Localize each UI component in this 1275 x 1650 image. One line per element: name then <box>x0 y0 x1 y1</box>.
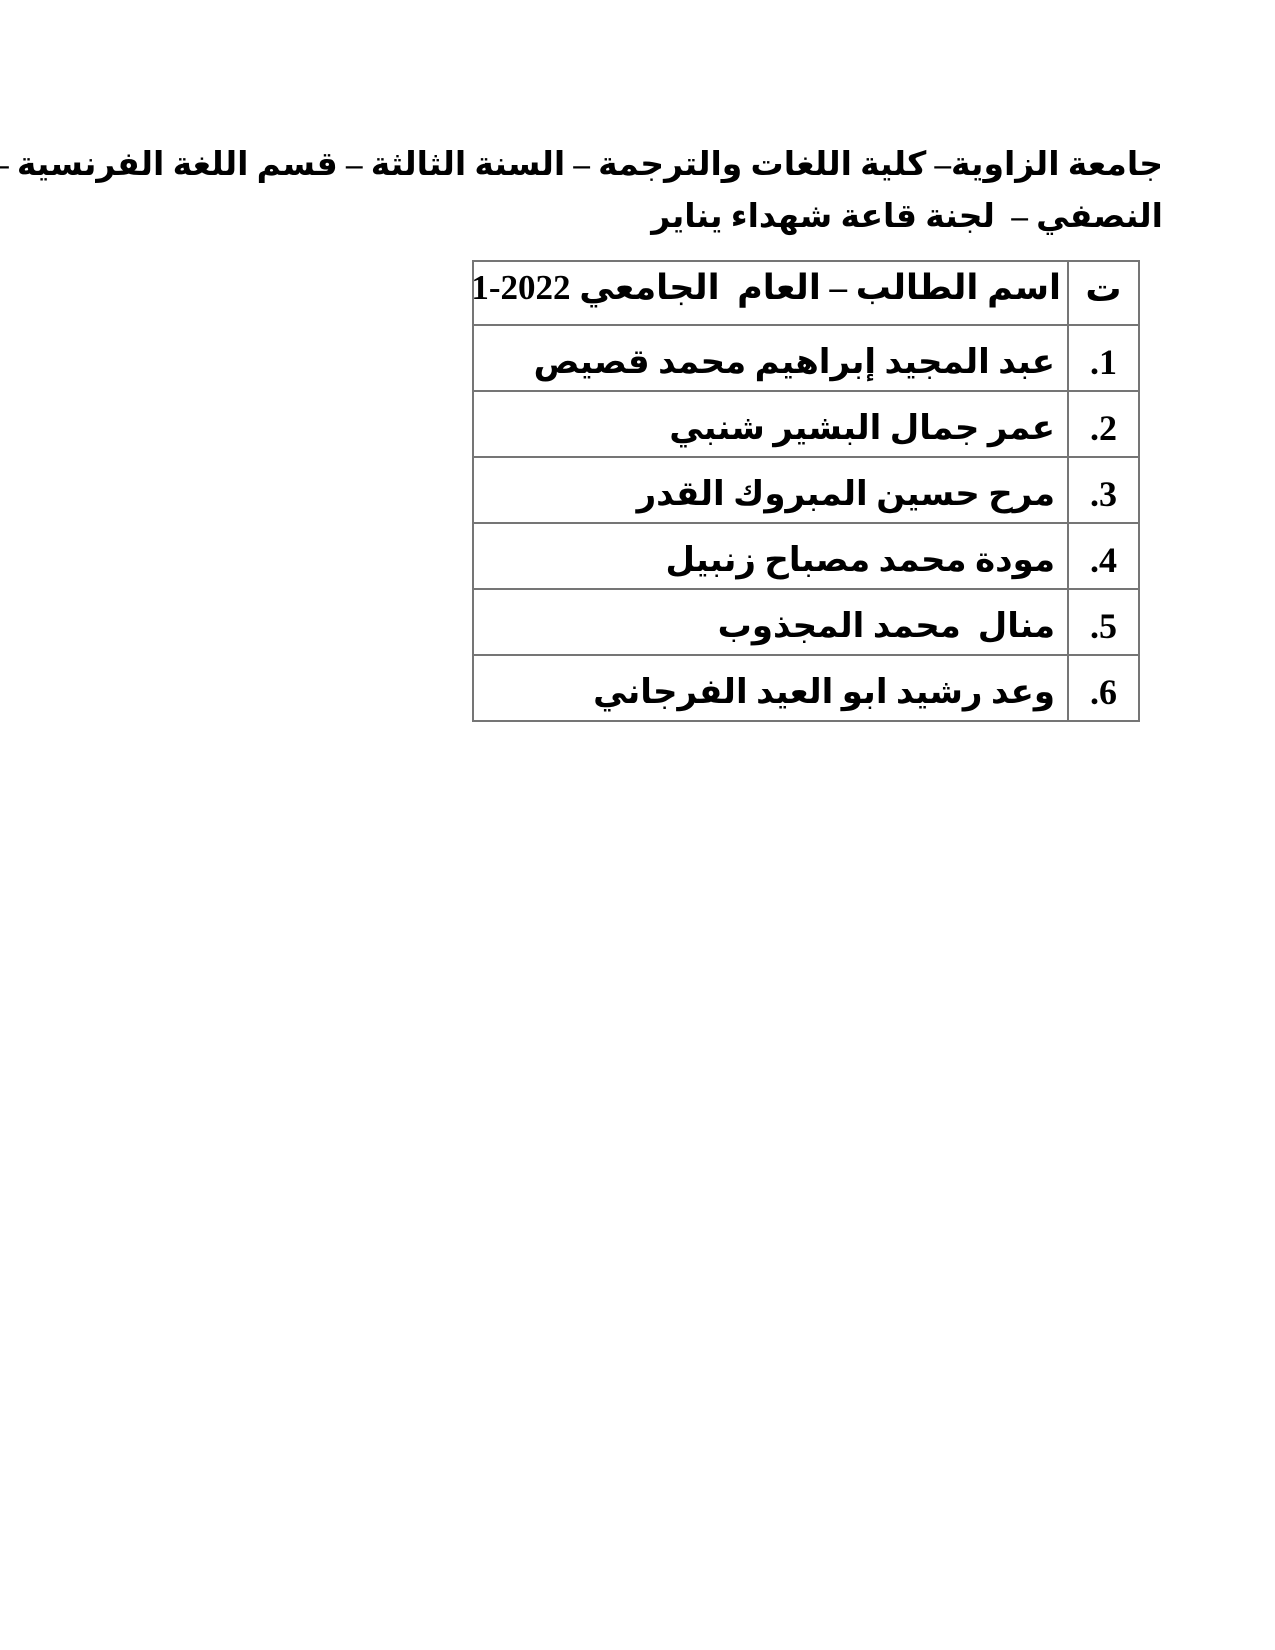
col-header-name: اسم الطالب – العام الجامعي 2022-2021 <box>473 261 1068 325</box>
student-name-cell: عمر جمال البشير شنبي <box>473 391 1068 457</box>
student-name-cell: عبد المجيد إبراهيم محمد قصيص <box>473 325 1068 391</box>
table-row: 6. وعد رشيد ابو العيد الفرجاني <box>473 655 1139 721</box>
doc-header-line-1: جامعة الزاوية– كلية اللغات والترجمة – ال… <box>0 139 1163 191</box>
doc-header: جامعة الزاوية– كلية اللغات والترجمة – ال… <box>0 139 1163 243</box>
student-name-cell: مودة محمد مصباح زنبيل <box>473 523 1068 589</box>
table-row: 5. منال محمد المجذوب <box>473 589 1139 655</box>
row-number-cell: 5. <box>1068 589 1139 655</box>
doc-header-line-2: النصفي – لجنة قاعة شهداء يناير <box>0 191 1163 243</box>
student-name-cell: مرح حسين المبروك القدر <box>473 457 1068 523</box>
row-number-cell: 2. <box>1068 391 1139 457</box>
students-table: ت اسم الطالب – العام الجامعي 2022-2021 1… <box>472 260 1140 722</box>
row-number-cell: 6. <box>1068 655 1139 721</box>
table-header-row: ت اسم الطالب – العام الجامعي 2022-2021 <box>473 261 1139 325</box>
table-row: 3. مرح حسين المبروك القدر <box>473 457 1139 523</box>
student-name-cell: منال محمد المجذوب <box>473 589 1068 655</box>
student-name-cell: وعد رشيد ابو العيد الفرجاني <box>473 655 1068 721</box>
table-row: 4. مودة محمد مصباح زنبيل <box>473 523 1139 589</box>
row-number-cell: 3. <box>1068 457 1139 523</box>
table-body: 1. عبد المجيد إبراهيم محمد قصيص 2. عمر ج… <box>473 325 1139 721</box>
document-page: { "document": { "colors": { "background"… <box>0 0 1275 1650</box>
table-row: 1. عبد المجيد إبراهيم محمد قصيص <box>473 325 1139 391</box>
table-row: 2. عمر جمال البشير شنبي <box>473 391 1139 457</box>
row-number-cell: 1. <box>1068 325 1139 391</box>
col-header-index: ت <box>1068 261 1139 325</box>
page-background: جامعة الزاوية– كلية اللغات والترجمة – ال… <box>0 0 1275 1650</box>
row-number-cell: 4. <box>1068 523 1139 589</box>
